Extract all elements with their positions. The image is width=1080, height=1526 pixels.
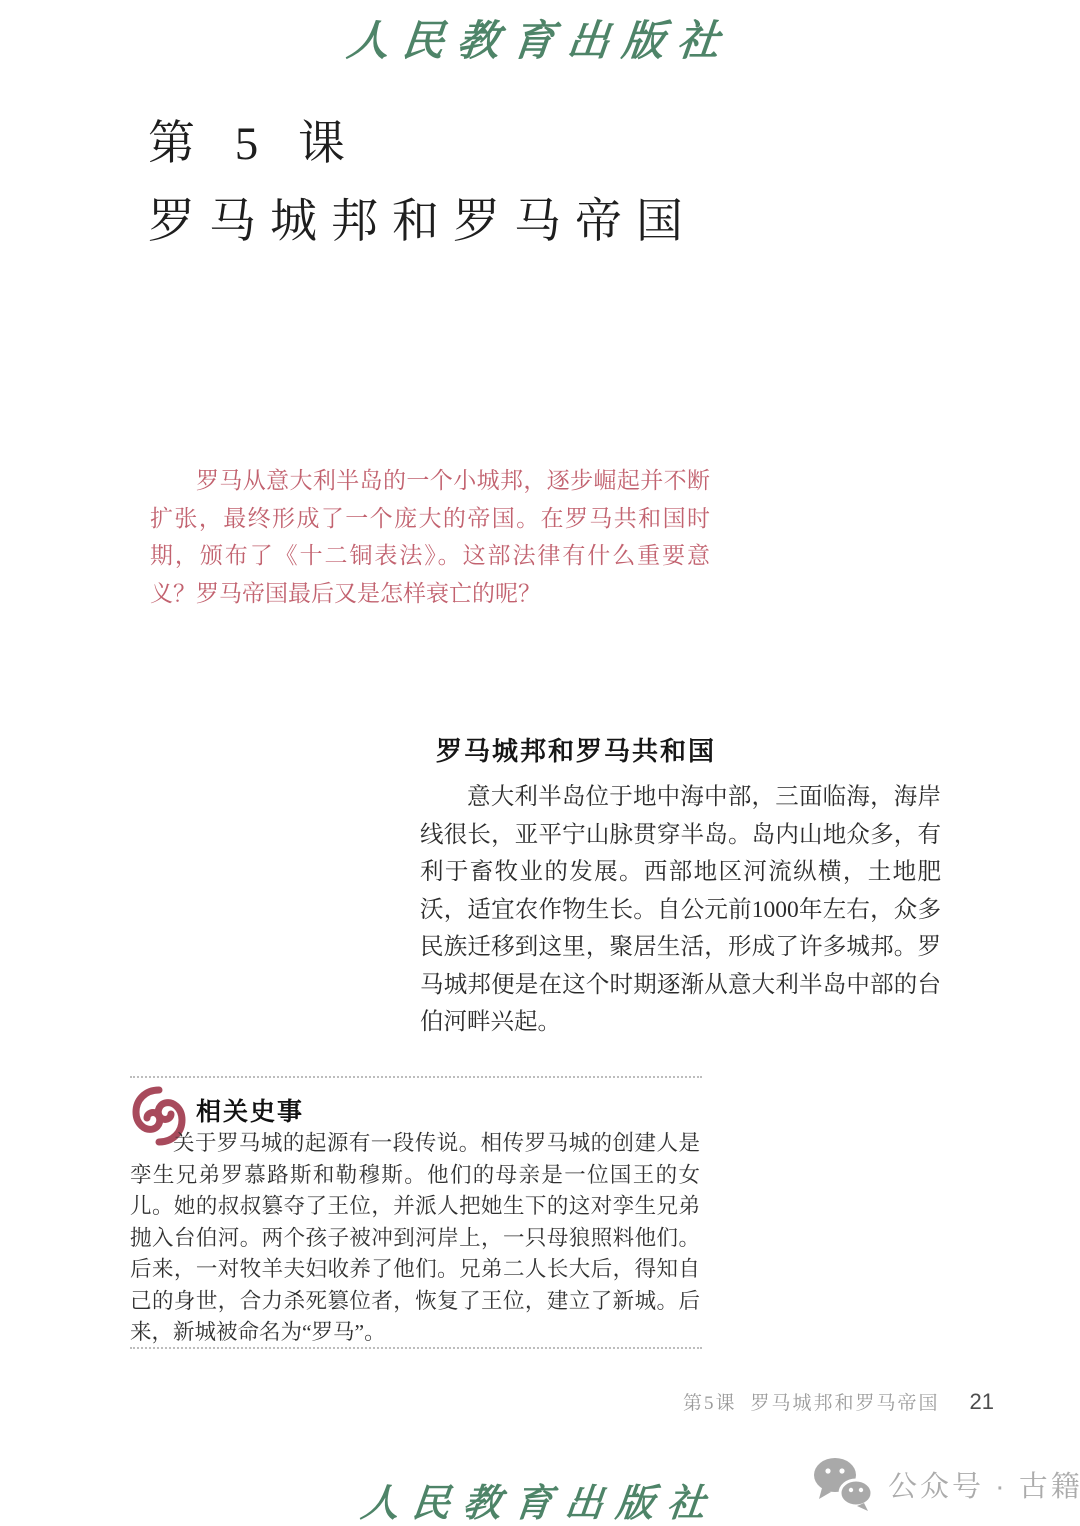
watermark: 公众号 · 古籍 [812,1456,1080,1512]
related-history-box: 相关史事 关于罗马城的起源有一段传说。相传罗马城的创建人是孪生兄弟罗慕路斯和勒穆… [130,1076,702,1349]
section-heading: 罗马城邦和罗马共和国 [436,731,716,768]
publisher-logo-top: 人民教育出版社 [0,8,1080,68]
lesson-title: 罗马城邦和罗马帝国 [148,184,697,251]
body-paragraph: 意大利半岛位于地中海中部，三面临海，海岸线很长，亚平宁山脉贯穿半岛。岛内山地众多… [420,779,941,1042]
related-history-paragraph: 关于罗马城的起源有一段传说。相传罗马城的创建人是孪生兄弟罗慕路斯和勒穆斯。他们的… [130,1128,700,1349]
footer-lesson-label: 第5课 [683,1393,737,1414]
textbook-page: 人民教育出版社 第 5 课 罗马城邦和罗马帝国 罗马从意大利半岛的一个小城邦，逐… [0,0,1080,1526]
page-footer: 第5课罗马城邦和罗马帝国21 [0,1388,994,1415]
wechat-icon [812,1456,874,1512]
page-number: 21 [970,1389,994,1414]
footer-lesson-title: 罗马城邦和罗马帝国 [751,1393,940,1414]
watermark-label: 公众号 · 古籍 [888,1464,1080,1505]
lesson-number: 第 5 课 [148,106,359,173]
related-history-heading: 相关史事 [196,1092,304,1128]
intro-paragraph: 罗马从意大利半岛的一个小城邦，逐步崛起并不断扩张，最终形成了一个庞大的帝国。在罗… [150,462,710,612]
